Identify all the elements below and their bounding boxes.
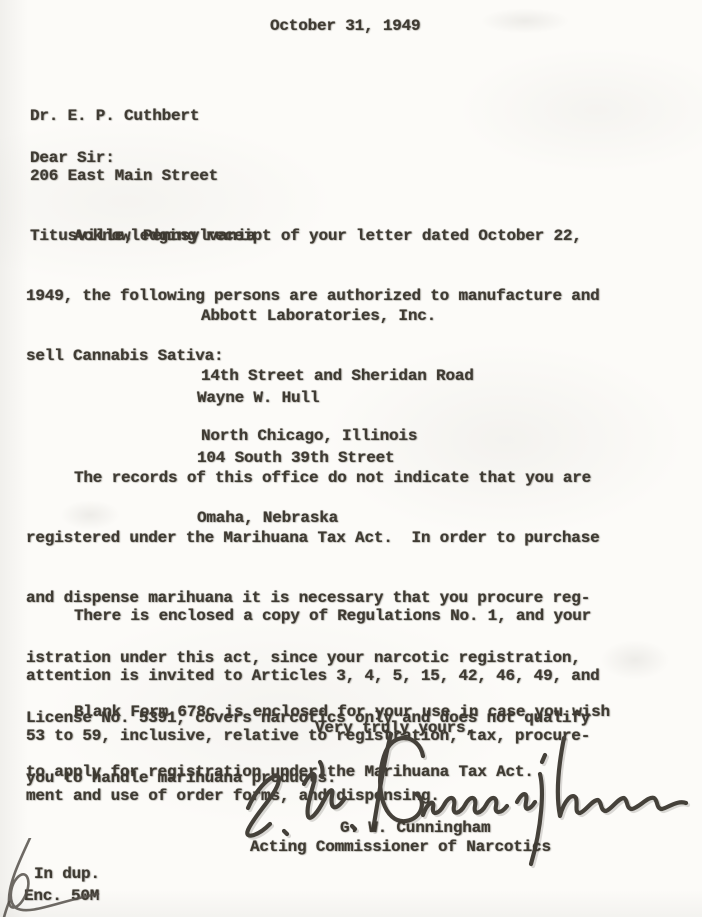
seller-name: Abbott Laboratories, Inc. [201, 306, 474, 326]
letter-page: October 31, 1949 Dr. E. P. Cuthbert 206 … [0, 0, 702, 917]
salutation: Dear Sir: [30, 148, 115, 168]
scan-noise [600, 640, 670, 680]
paragraph-line: registered under the Marihuana Tax Act. … [26, 528, 600, 548]
signer-typed-name: G. W. Cunningham [340, 818, 490, 838]
recipient-street: 206 East Main Street [30, 166, 256, 186]
seller-name: Wayne W. Hull [197, 388, 394, 408]
letter-date: October 31, 1949 [270, 16, 420, 36]
recipient-name: Dr. E. P. Cuthbert [30, 106, 256, 126]
pen-mark [0, 838, 110, 917]
paragraph-line: The records of this office do not indica… [26, 468, 600, 488]
paragraph-line: Acknowledging receipt of your letter dat… [26, 226, 600, 246]
scan-noise [480, 8, 570, 34]
signer-typed-title: Acting Commissioner of Narcotics [250, 837, 551, 857]
paragraph-line: There is enclosed a copy of Regulations … [26, 606, 600, 626]
